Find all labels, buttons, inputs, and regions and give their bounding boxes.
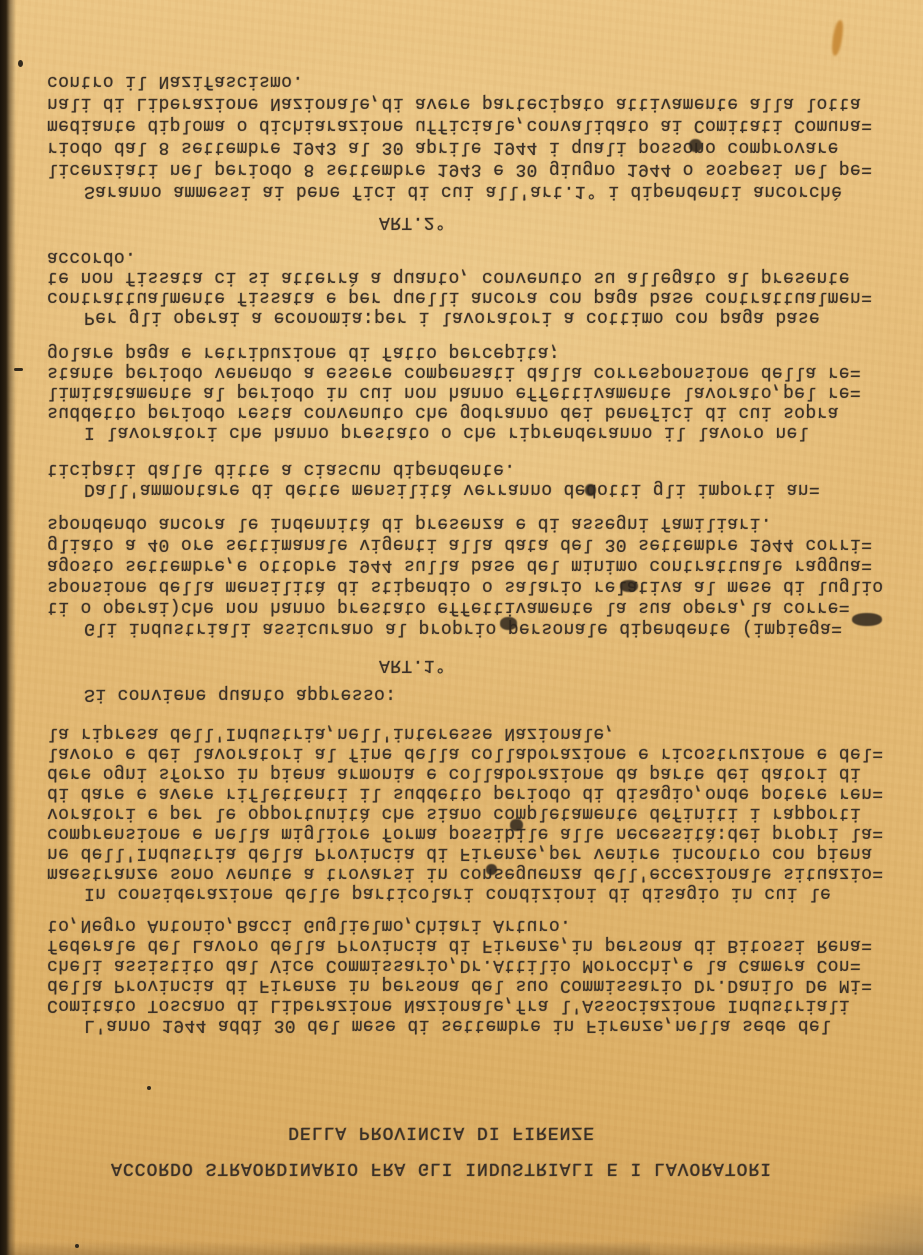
document-title-line: ACCORDO STRAORDINARIO FRA GLI INDUSTRIAL… [0, 1150, 883, 1186]
document-line: accordo. [47, 247, 893, 267]
document-line: I lavoratori che hanno prestato o che ri… [47, 422, 893, 442]
document-line: Per gli operai a economia:per i lavorato… [47, 307, 893, 327]
document-text-layer: ACCORDO STRAORDINARIO FRA GLI INDUSTRIAL… [0, 0, 923, 1255]
scan-left-edge-shadow [0, 0, 16, 1255]
document-line: stante periodo venendo a essere compensa… [47, 362, 893, 382]
document-line: contrattualmente fissata e per quelli an… [47, 287, 893, 307]
block-art-2-body: Saranno ammessi ai bene fici di cui all'… [47, 70, 893, 202]
document-line: ti o operai)che non hanno prestato effet… [47, 596, 893, 617]
document-line: maestranze sono venute a trovarsi in con… [47, 863, 893, 883]
block-art-1-workers: I lavoratori che hanno prestato o che ri… [47, 342, 893, 442]
document-line: federale del Lavoro della Provincia di F… [47, 935, 893, 955]
document-line: contro il Nazifascismo. [47, 70, 893, 92]
document-line: golare paga e retribuzione di fatto perc… [47, 342, 893, 362]
document-line: Si conviene quanto appresso: [47, 684, 893, 704]
document-line: nali di Liberazione Nazionale,di avere p… [47, 92, 893, 114]
document-line: ticipati dalle ditte a ciascun dipendent… [47, 459, 893, 479]
block-title: ACCORDO STRAORDINARIO FRA GLI INDUSTRIAL… [0, 1114, 923, 1186]
document-line: voratori e per le opportunità che siano … [47, 803, 893, 823]
document-line: mediante diploma o dichiarazione ufficia… [47, 114, 893, 136]
document-line: cheli assistito dal Vice Commissario,Dr.… [47, 955, 893, 975]
scanned-paper-page: ACCORDO STRAORDINARIO FRA GLI INDUSTRIAL… [0, 0, 923, 1255]
document-line: comprensione e nella migliore forma poss… [47, 823, 893, 843]
document-line: di dare e avere riflettenti il suddetto … [47, 783, 893, 803]
document-line: della Provincia di Firenze in persona de… [47, 975, 893, 995]
article-heading: ART.2° [47, 212, 778, 232]
block-preamble-considerations: In considerazione delle particolari cond… [47, 723, 893, 903]
document-line: te non fissata ci si atterrà a quanto, c… [47, 267, 893, 287]
block-art-1-piecework: Per gli operai a economia:per i lavorato… [47, 247, 893, 327]
block-si-conviene: Si conviene quanto appresso: [47, 684, 893, 704]
document-line: L'anno 1944 addì 30 del mese di settembr… [47, 1015, 893, 1035]
block-art-2-heading: ART.2° [47, 212, 893, 232]
document-line: sponsione della mensilità di stipendio o… [47, 575, 893, 596]
document-line: agosto settembre,e ottobre 1944 sulla ba… [47, 554, 893, 575]
document-line: lavoro e dei lavoratori al fine della co… [47, 743, 893, 763]
document-line: limitatamente al periodo in cui non hann… [47, 382, 893, 402]
block-art-1-body: Gli industriali assicurano al proprio pe… [47, 512, 893, 638]
document-line: la ripresa dell'Industria,nell'interesse… [47, 723, 893, 743]
document-line: licenziati nel periodo 8 settembre 1943 … [47, 158, 893, 180]
document-line: Gli industriali assicurano al proprio pe… [47, 617, 893, 638]
article-heading: ART.1° [47, 655, 778, 675]
document-line: gliato a 40 ore settimanale vigenti alla… [47, 533, 893, 554]
document-line: to,Negro Antonio,Bacci Guglielmo,Chiari … [47, 915, 893, 935]
document-title-line: DELLA PROVINCIA DI FIRENZE [0, 1114, 883, 1150]
document-line: dere ogni sforzo in piena armonia e coll… [47, 763, 893, 783]
document-line: In considerazione delle particolari cond… [47, 883, 893, 903]
document-line: Comitato Toscano di Liberazione Nazional… [47, 995, 893, 1015]
document-line: suddetto periodo resta convenuto che god… [47, 402, 893, 422]
document-line: riodo dal 8 settembre 1943 al 30 aprile … [47, 136, 893, 158]
block-art-1-deductions: Dall'ammontare di dette mensilità verran… [47, 459, 893, 499]
document-line: Saranno ammessi ai bene fici di cui all'… [47, 180, 893, 202]
document-line: spondendo ancora le indennità di presenz… [47, 512, 893, 533]
document-line: Dall'ammontare di dette mensilità verran… [47, 479, 893, 499]
block-art-1-heading: ART.1° [47, 655, 893, 675]
document-line: ne dell'Industria della Provincia di Fir… [47, 843, 893, 863]
block-preamble-parties: L'anno 1944 addì 30 del mese di settembr… [47, 915, 893, 1035]
